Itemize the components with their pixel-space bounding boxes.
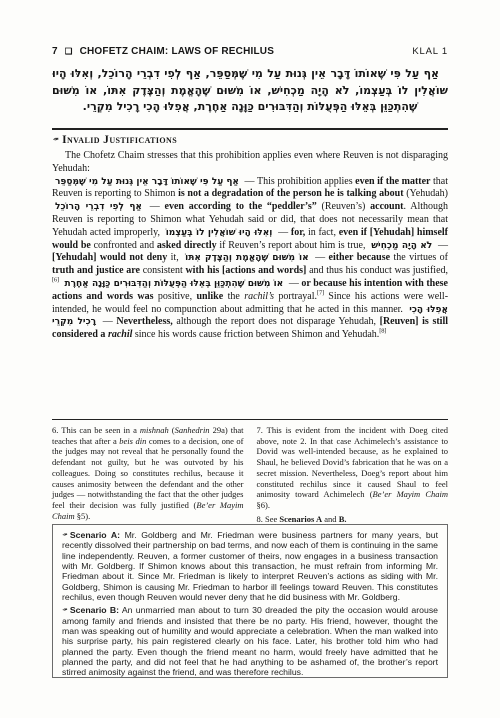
scenario-box: ✒Scenario A: Mr. Goldberg and Mr. Friedm… xyxy=(52,524,448,678)
footnote-8: 8. See Scenarios A and B. xyxy=(257,514,449,525)
book-title: CHOFETZ CHAIM: LAWS OF RECHILUS xyxy=(80,46,275,57)
footnotes: 6. This can be seen in a mishnah (Sanhed… xyxy=(52,425,448,524)
commentary-block: The Chofetz Chaim stresses that this pro… xyxy=(52,150,448,342)
footnote-rule-divider xyxy=(52,419,448,420)
klal-label: KLAL 1 xyxy=(412,46,448,57)
footnote-7: 7. This is evident from the incident wit… xyxy=(257,425,449,511)
header-left: 7 ❑ CHOFETZ CHAIM: LAWS OF RECHILUS xyxy=(52,46,274,57)
footnote-column-left: 6. This can be seen in a mishnah (Sanhed… xyxy=(52,425,244,524)
footnote-6: 6. This can be seen in a mishnah (Sanhed… xyxy=(52,425,244,521)
page-header: 7 ❑ CHOFETZ CHAIM: LAWS OF RECHILUS KLAL… xyxy=(52,46,448,57)
scenario-a-text: Scenario A: Mr. Goldberg and Mr. Friedma… xyxy=(62,530,438,602)
scenario-b-text: Scenario B: An unmarried man about to tu… xyxy=(62,605,438,677)
pen-marker-icon: ✒ xyxy=(51,134,60,144)
hebrew-source-text: אַף עַל פִּי שֶׁאוֹתוֹ דָּבָר אֵין גְּנו… xyxy=(52,66,448,126)
section-intro: The Chofetz Chaim stresses that this pro… xyxy=(52,150,448,176)
section-title-text: Invalid Justifications xyxy=(62,134,177,146)
book-page: 7 ❑ CHOFETZ CHAIM: LAWS OF RECHILUS KLAL… xyxy=(0,0,500,718)
pen-marker-icon: ✒ xyxy=(61,530,69,541)
scenario-b: ✒Scenario B: An unmarried man about to t… xyxy=(62,605,438,677)
footnote-column-right: 7. This is evident from the incident wit… xyxy=(257,425,449,524)
commentary-paragraph: אַף עַל פִּי שֶׁאוֹתוֹ דָּבָר אֵין גְּנו… xyxy=(52,176,448,342)
square-bullet-icon: ❑ xyxy=(65,46,73,56)
section-title: ✒Invalid Justifications xyxy=(52,134,448,146)
header-rule-divider xyxy=(52,128,448,130)
page-number: 7 xyxy=(52,46,58,57)
scenario-a: ✒Scenario A: Mr. Goldberg and Mr. Friedm… xyxy=(62,530,438,602)
pen-marker-icon: ✒ xyxy=(61,605,69,616)
